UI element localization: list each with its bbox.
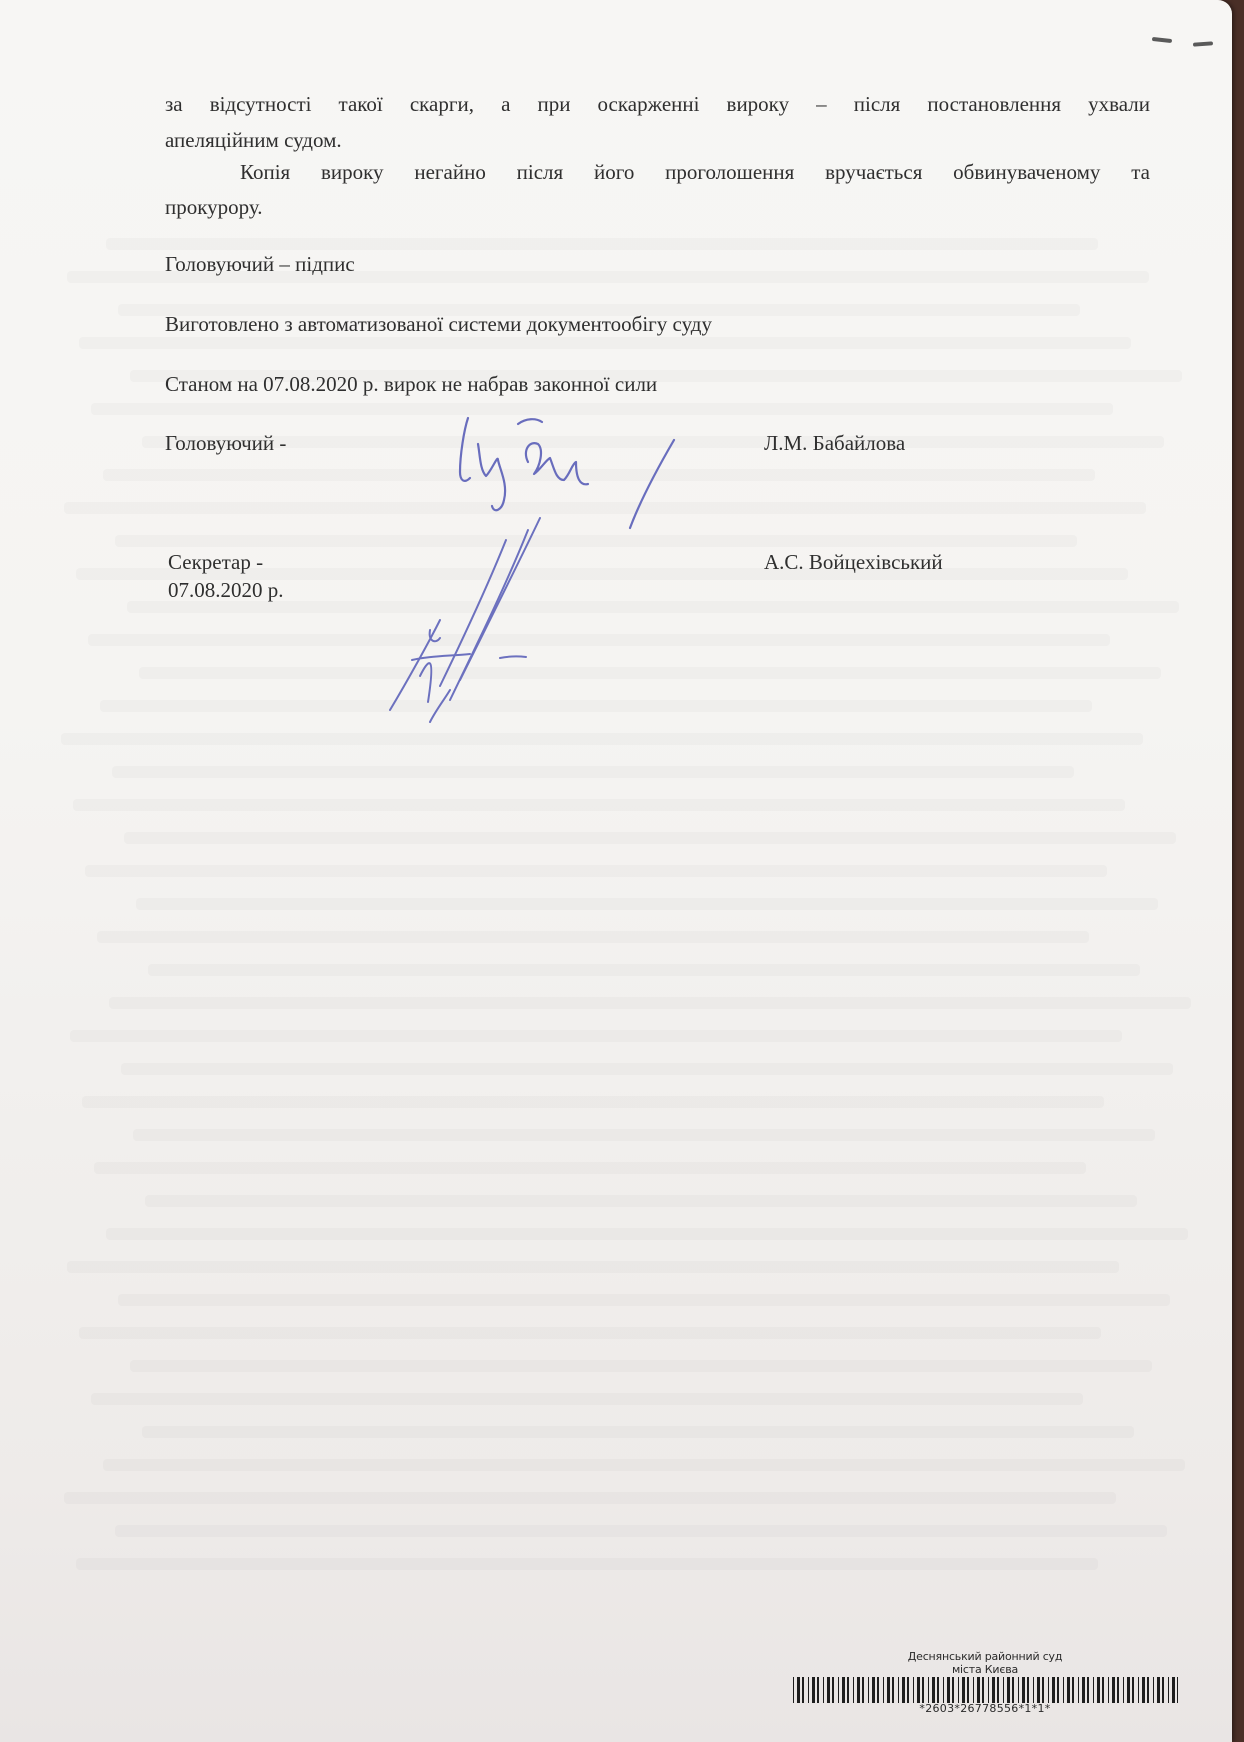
paragraph-1-line-2: апеляційним судом. <box>165 130 342 151</box>
show-through-line <box>142 1426 1134 1438</box>
show-through-line <box>79 337 1131 349</box>
word: Копія <box>240 160 290 185</box>
show-through-line <box>121 1063 1173 1075</box>
legal-status-note: Станом на 07.08.2020 р. вирок не набрав … <box>165 374 657 395</box>
show-through-line <box>124 832 1176 844</box>
show-through-line <box>67 1261 1119 1273</box>
word: вироку <box>727 92 790 117</box>
word: та <box>1131 160 1150 185</box>
word: – <box>816 92 827 117</box>
word: ухвали <box>1088 92 1150 117</box>
word: за <box>165 92 183 117</box>
paragraph-1-line-1: завідсутностітакоїскарги,априоскарженнів… <box>165 92 1150 117</box>
document-page: завідсутностітакоїскарги,априоскарженнів… <box>0 0 1232 1742</box>
word: його <box>594 160 634 185</box>
show-through-line <box>97 931 1089 943</box>
word: відсутності <box>210 92 312 117</box>
staple-mark <box>1193 41 1213 46</box>
show-through-line <box>118 1294 1170 1306</box>
paragraph-2-line-2: прокурору. <box>165 197 263 218</box>
show-through-line <box>103 1459 1185 1471</box>
show-through-line <box>133 1129 1155 1141</box>
show-through-line <box>136 898 1158 910</box>
show-through-line <box>106 1228 1188 1240</box>
show-through-line <box>94 1162 1086 1174</box>
generated-from-note: Виготовлено з автоматизованої системи до… <box>165 314 712 335</box>
show-through-line <box>85 865 1107 877</box>
barcode <box>793 1677 1178 1703</box>
presiding-name: Л.М. Бабайлова <box>764 433 905 454</box>
show-through-line <box>109 997 1191 1009</box>
court-stamp: Деснянський районний суд міста Києва *26… <box>790 1650 1180 1715</box>
show-through-line <box>145 1195 1137 1207</box>
show-through-line <box>106 238 1098 250</box>
word: вручається <box>825 160 922 185</box>
secretary-date: 07.08.2020 р. <box>168 580 284 601</box>
staple-mark <box>1152 37 1172 43</box>
paragraph-2-line-1: Копіявирокунегайнопісляйогопроголошенняв… <box>240 160 1150 185</box>
secretary-name: А.С. Войцехівський <box>764 552 943 573</box>
show-through-line <box>115 1525 1167 1537</box>
show-through-line <box>148 964 1140 976</box>
word: оскарженні <box>598 92 700 117</box>
show-through-line <box>82 1096 1104 1108</box>
secretary-label: Секретар - <box>168 552 263 573</box>
word: негайно <box>414 160 485 185</box>
word: вироку <box>321 160 384 185</box>
court-name-line-2: міста Києва <box>790 1663 1180 1676</box>
word: обвинуваченому <box>953 160 1100 185</box>
word: постановлення <box>927 92 1061 117</box>
word: після <box>854 92 901 117</box>
barcode-number: *2603*26778556*1*1* <box>790 1703 1180 1715</box>
show-through-line <box>64 1492 1116 1504</box>
presiding-signature-note: Головуючий – підпис <box>165 254 355 275</box>
word: проголошення <box>665 160 794 185</box>
court-name-line-1: Деснянський районний суд <box>790 1650 1180 1663</box>
show-through-line <box>76 1558 1098 1570</box>
show-through-line <box>130 1360 1152 1372</box>
word: скарги, <box>410 92 474 117</box>
show-through-line <box>91 1393 1083 1405</box>
word: після <box>517 160 564 185</box>
secretary-signature <box>380 510 680 770</box>
show-through-line <box>79 1327 1101 1339</box>
word: такої <box>339 92 383 117</box>
show-through-line <box>70 1030 1122 1042</box>
show-through-line <box>73 799 1125 811</box>
word: а <box>501 92 510 117</box>
word: при <box>537 92 570 117</box>
presiding-label: Головуючий - <box>165 433 286 454</box>
